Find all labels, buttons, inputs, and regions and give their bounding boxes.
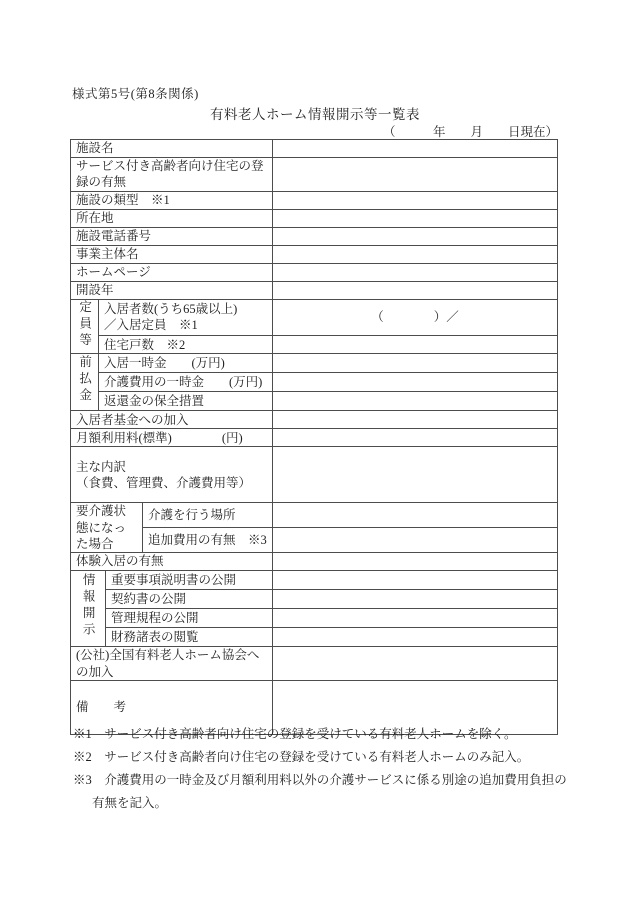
row-label-disclosure-important: 重要事項説明書の公開 <box>106 571 273 590</box>
value-care-place <box>273 503 558 528</box>
value-location <box>273 209 558 227</box>
value-disclosure-rules <box>273 609 558 628</box>
value-resident-fund <box>273 411 558 429</box>
table-row: 契約書の公開 <box>71 590 558 609</box>
table-row: 返還金の保全措置 <box>71 392 558 411</box>
table-row: ホームページ <box>71 263 558 281</box>
group-label-prepayment: 前払金 <box>71 354 99 411</box>
value-facility-name <box>273 140 558 158</box>
value-housing-units <box>273 336 558 354</box>
form-number: 様式第5号(第8条関係) <box>72 84 199 102</box>
row-label-breakdown: 主な内訳 （食費、管理費、介護費用等） <box>71 447 273 503</box>
table-row: サービス付き高齢者向け住宅の登録の有無 <box>71 158 558 192</box>
value-disclosure-important <box>273 571 558 590</box>
value-extra-cost <box>273 528 558 553</box>
table-row: 入居者基金への加入 <box>71 411 558 429</box>
value-care-lump-sum <box>273 373 558 392</box>
group-label-care-needed: 要介護状態になった場合 <box>71 503 143 553</box>
footnote-3: ※3 介護費用の一時金及び月額利用料以外の介護サービスに係る別途の追加費用負担の… <box>73 769 575 815</box>
value-facility-type <box>273 191 558 209</box>
table-row: 施設名 <box>71 140 558 158</box>
row-label-homepage: ホームページ <box>71 263 273 281</box>
row-label-sakoju-registration: サービス付き高齢者向け住宅の登録の有無 <box>71 158 273 192</box>
group-label-prepayment-text: 前払金 <box>76 355 92 405</box>
table-row: 財務諸表の閲覧 <box>71 628 558 647</box>
group-label-disclosure-text: 情報開示 <box>80 573 96 639</box>
table-row: 管理規程の公開 <box>71 609 558 628</box>
form-table: 施設名 サービス付き高齢者向け住宅の登録の有無 施設の類型 ※1 所在地 施設電… <box>70 139 558 735</box>
value-refund-protection <box>273 392 558 411</box>
row-label-operator: 事業主体名 <box>71 245 273 263</box>
value-disclosure-contract <box>273 590 558 609</box>
footnote-2: ※2 サービス付き高齢者向け住宅の登録を受けている有料老人ホームのみ記入。 <box>73 746 575 769</box>
value-operator <box>273 245 558 263</box>
table-row: (公社)全国有料老人ホーム協会への加入 <box>71 647 558 681</box>
row-label-monthly-fee: 月額利用料(標準) (円) <box>71 429 273 447</box>
footnote-1: ※1 サービス付き高齢者向け住宅の登録を受けている有料老人ホームを除く。 <box>73 723 575 746</box>
row-label-extra-cost: 追加費用の有無 ※3 <box>143 528 273 553</box>
table-row: 主な内訳 （食費、管理費、介護費用等） <box>71 447 558 503</box>
value-sakoju-registration <box>273 158 558 192</box>
group-label-capacity: 定員等 <box>71 299 99 354</box>
document-page: 様式第5号(第8条関係) 有料老人ホーム情報開示等一覧表 （ 年 月 日現在） … <box>0 0 630 915</box>
table-row: 施設の類型 ※1 <box>71 191 558 209</box>
footnotes-section: ※1 サービス付き高齢者向け住宅の登録を受けている有料老人ホームを除く。 ※2 … <box>73 723 575 815</box>
table-row: 事業主体名 <box>71 245 558 263</box>
row-label-resident-fund: 入居者基金への加入 <box>71 411 273 429</box>
table-row: 施設電話番号 <box>71 227 558 245</box>
table-row: 住宅戸数 ※2 <box>71 336 558 354</box>
row-label-care-place: 介護を行う場所 <box>143 503 273 528</box>
group-label-capacity-text: 定員等 <box>76 300 92 350</box>
value-phone <box>273 227 558 245</box>
row-label-disclosure-rules: 管理規程の公開 <box>106 609 273 628</box>
value-residents: （ ）／ <box>273 299 558 336</box>
row-label-facility-type: 施設の類型 ※1 <box>71 191 273 209</box>
value-trial-stay <box>273 553 558 571</box>
table-row: 介護費用の一時金 (万円) <box>71 373 558 392</box>
row-label-move-in-lump-sum: 入居一時金 (万円) <box>99 354 273 373</box>
row-label-facility-name: 施設名 <box>71 140 273 158</box>
table-row: 情報開示 重要事項説明書の公開 <box>71 571 558 590</box>
row-label-association: (公社)全国有料老人ホーム協会への加入 <box>71 647 273 681</box>
row-label-disclosure-contract: 契約書の公開 <box>106 590 273 609</box>
table-row: 要介護状態になった場合 介護を行う場所 <box>71 503 558 528</box>
table-row: 開設年 <box>71 281 558 299</box>
group-label-disclosure: 情報開示 <box>71 571 106 647</box>
table-row: 月額利用料(標準) (円) <box>71 429 558 447</box>
value-move-in-lump-sum <box>273 354 558 373</box>
value-opening-year <box>273 281 558 299</box>
page-title: 有料老人ホーム情報開示等一覧表 <box>0 103 630 123</box>
table-row: 定員等 入居者数(うち65歳以上) ／入居定員 ※1 （ ）／ <box>71 299 558 336</box>
value-homepage <box>273 263 558 281</box>
table-row: 追加費用の有無 ※3 <box>71 528 558 553</box>
row-label-opening-year: 開設年 <box>71 281 273 299</box>
value-association <box>273 647 558 681</box>
row-label-care-lump-sum: 介護費用の一時金 (万円) <box>99 373 273 392</box>
table-row: 所在地 <box>71 209 558 227</box>
date-line: （ 年 月 日現在） <box>70 122 558 140</box>
row-label-housing-units: 住宅戸数 ※2 <box>99 336 273 354</box>
row-label-refund-protection: 返還金の保全措置 <box>99 392 273 411</box>
row-label-phone: 施設電話番号 <box>71 227 273 245</box>
value-monthly-fee <box>273 429 558 447</box>
row-label-location: 所在地 <box>71 209 273 227</box>
table-row: 体験入居の有無 <box>71 553 558 571</box>
table-row: 前払金 入居一時金 (万円) <box>71 354 558 373</box>
row-label-residents: 入居者数(うち65歳以上) ／入居定員 ※1 <box>99 299 273 336</box>
value-disclosure-financial <box>273 628 558 647</box>
row-label-trial-stay: 体験入居の有無 <box>71 553 273 571</box>
row-label-disclosure-financial: 財務諸表の閲覧 <box>106 628 273 647</box>
value-breakdown <box>273 447 558 503</box>
